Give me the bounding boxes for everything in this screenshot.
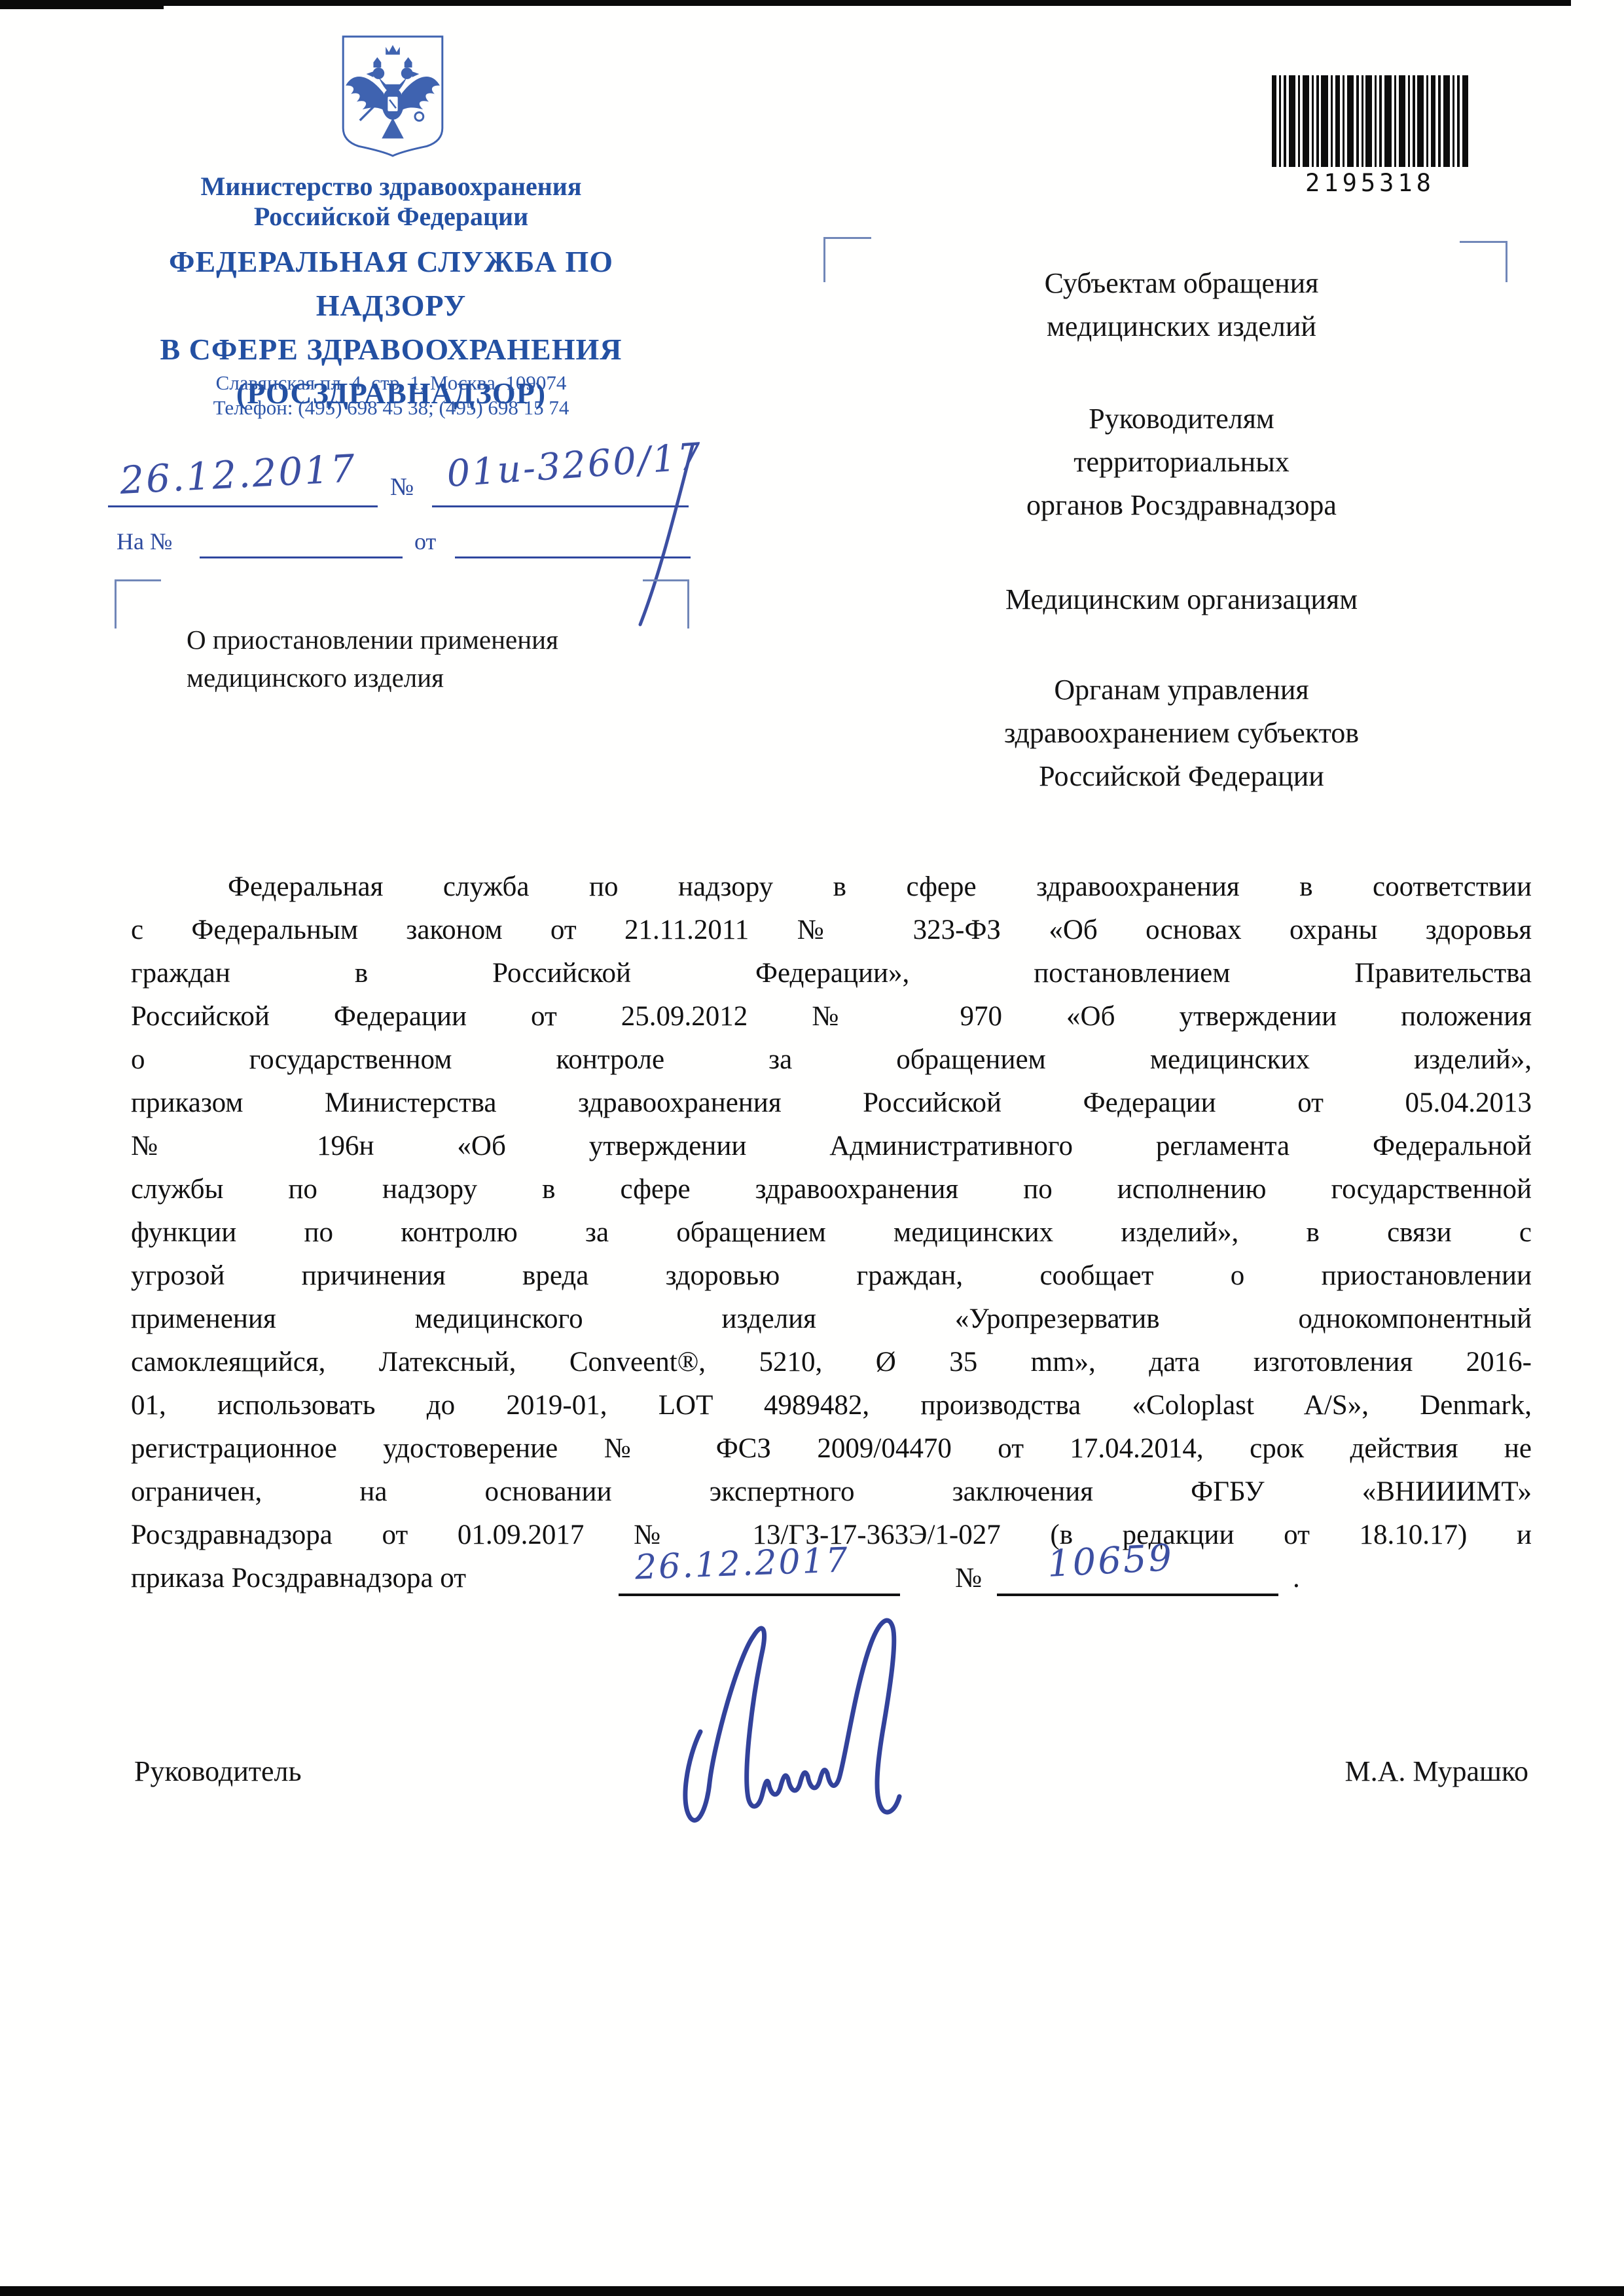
signature-scribble-icon — [638, 1604, 1005, 1846]
order-number-underline — [997, 1594, 1278, 1596]
body-line: приказом Министерства здравоохранения Ро… — [131, 1082, 1532, 1125]
order-number-handwritten: 10659 — [1046, 1537, 1174, 1586]
subject-block: О приостановлении применения медицинског… — [187, 621, 684, 697]
reply-date-underline — [455, 556, 691, 558]
service-name-line2: В СФЕРЕ ЗДРАВООХРАНЕНИЯ — [108, 327, 674, 371]
body-line: ограничен, на основании экспертного закл… — [131, 1470, 1532, 1514]
address-line: Славянская пл. 4, стр. 1, Москва, 109074 — [108, 371, 674, 395]
recipient-group: Медицинским организациям — [841, 578, 1522, 621]
recipient-line: территориальных — [841, 441, 1522, 484]
date-underline — [108, 505, 378, 507]
ministry-name-line1: Министерство здравоохранения — [108, 172, 674, 202]
corner-bracket-subject-left — [115, 579, 161, 629]
body-line: угрозой причинения вреда здоровью гражда… — [131, 1254, 1532, 1298]
scan-artifact-top-edge — [0, 0, 1571, 6]
reply-number-label: На № — [117, 528, 706, 555]
recipient-line: Медицинским организациям — [841, 578, 1522, 621]
recipient-group: Субъектам обращения медицинских изделий — [841, 262, 1522, 348]
body-line: 01, использовать до 2019-01, LOT 4989482… — [131, 1384, 1532, 1427]
outgoing-number-sign: № — [390, 473, 414, 501]
coat-of-arms-icon — [337, 33, 448, 158]
order-date-handwritten: 26.12.2017 — [634, 1539, 850, 1589]
signature-name: М.А. Мурашко — [1254, 1755, 1528, 1788]
subject-line-2: медицинского изделия — [187, 659, 684, 697]
reply-date-label: от — [414, 528, 436, 555]
barcode-icon — [1272, 75, 1468, 167]
body-line: самоклеящийся, Латексный, Conveent®, 521… — [131, 1341, 1532, 1384]
body-paragraph: Федеральная служба по надзору в сфере зд… — [131, 866, 1532, 1600]
order-number-sign: № — [955, 1557, 982, 1600]
body-line: № 196н «Об утверждении Административного… — [131, 1125, 1532, 1168]
recipient-line: здравоохранением субъектов — [841, 712, 1522, 755]
body-line: регистрационное удостоверение № ФСЗ 2009… — [131, 1427, 1532, 1470]
order-line-period: . — [1293, 1557, 1300, 1600]
reply-number-underline — [200, 556, 403, 558]
body-last-line: приказа Росздравнадзора от 26.12.2017 № … — [131, 1557, 1532, 1600]
recipient-line: Российской Федерации — [841, 755, 1522, 798]
subject-line-1: О приостановлении применения — [187, 621, 684, 659]
body-line: Российской Федерации от 25.09.2012 № 970… — [131, 995, 1532, 1038]
body-line: применения медицинского изделия «Уропрез… — [131, 1298, 1532, 1341]
ministry-name-line2: Российской Федерации — [108, 202, 674, 232]
body-line: службы по надзору в сфере здравоохранени… — [131, 1168, 1532, 1211]
body-line: функции по контролю за обращением медици… — [131, 1211, 1532, 1254]
service-name-line1: ФЕДЕРАЛЬНАЯ СЛУЖБА ПО НАДЗОРУ — [108, 240, 674, 327]
order-date-underline — [619, 1594, 900, 1596]
recipient-line: Субъектам обращения — [841, 262, 1522, 305]
recipient-line: медицинских изделий — [841, 305, 1522, 348]
scan-artifact-top-left — [0, 0, 164, 9]
phone-line: Телефон: (495) 698 45 38; (495) 698 15 7… — [108, 395, 674, 420]
recipient-line: Руководителям — [841, 397, 1522, 441]
recipient-group: Органам управления здравоохранением субъ… — [841, 668, 1522, 798]
body-line: с Федеральным законом от 21.11.2011 № 32… — [131, 909, 1532, 952]
order-line-prefix: приказа Росздравнадзора от — [131, 1557, 466, 1600]
scan-artifact-bottom-edge — [0, 2286, 1624, 2296]
document-page: Министерство здравоохранения Российской … — [0, 0, 1624, 2296]
recipient-line: органов Росздравнадзора — [841, 484, 1522, 527]
barcode-number: 2195318 — [1272, 169, 1468, 197]
recipient-line: Органам управления — [841, 668, 1522, 712]
signature-title: Руководитель — [134, 1755, 302, 1788]
outgoing-date-handwritten: 26.12.2017 — [118, 446, 357, 503]
body-line: о государственном контроле за обращением… — [131, 1038, 1532, 1082]
recipient-group: Руководителям территориальных органов Ро… — [841, 397, 1522, 527]
body-line: Федеральная служба по надзору в сфере зд… — [131, 866, 1532, 909]
body-line: граждан в Российской Федерации», постано… — [131, 952, 1532, 995]
